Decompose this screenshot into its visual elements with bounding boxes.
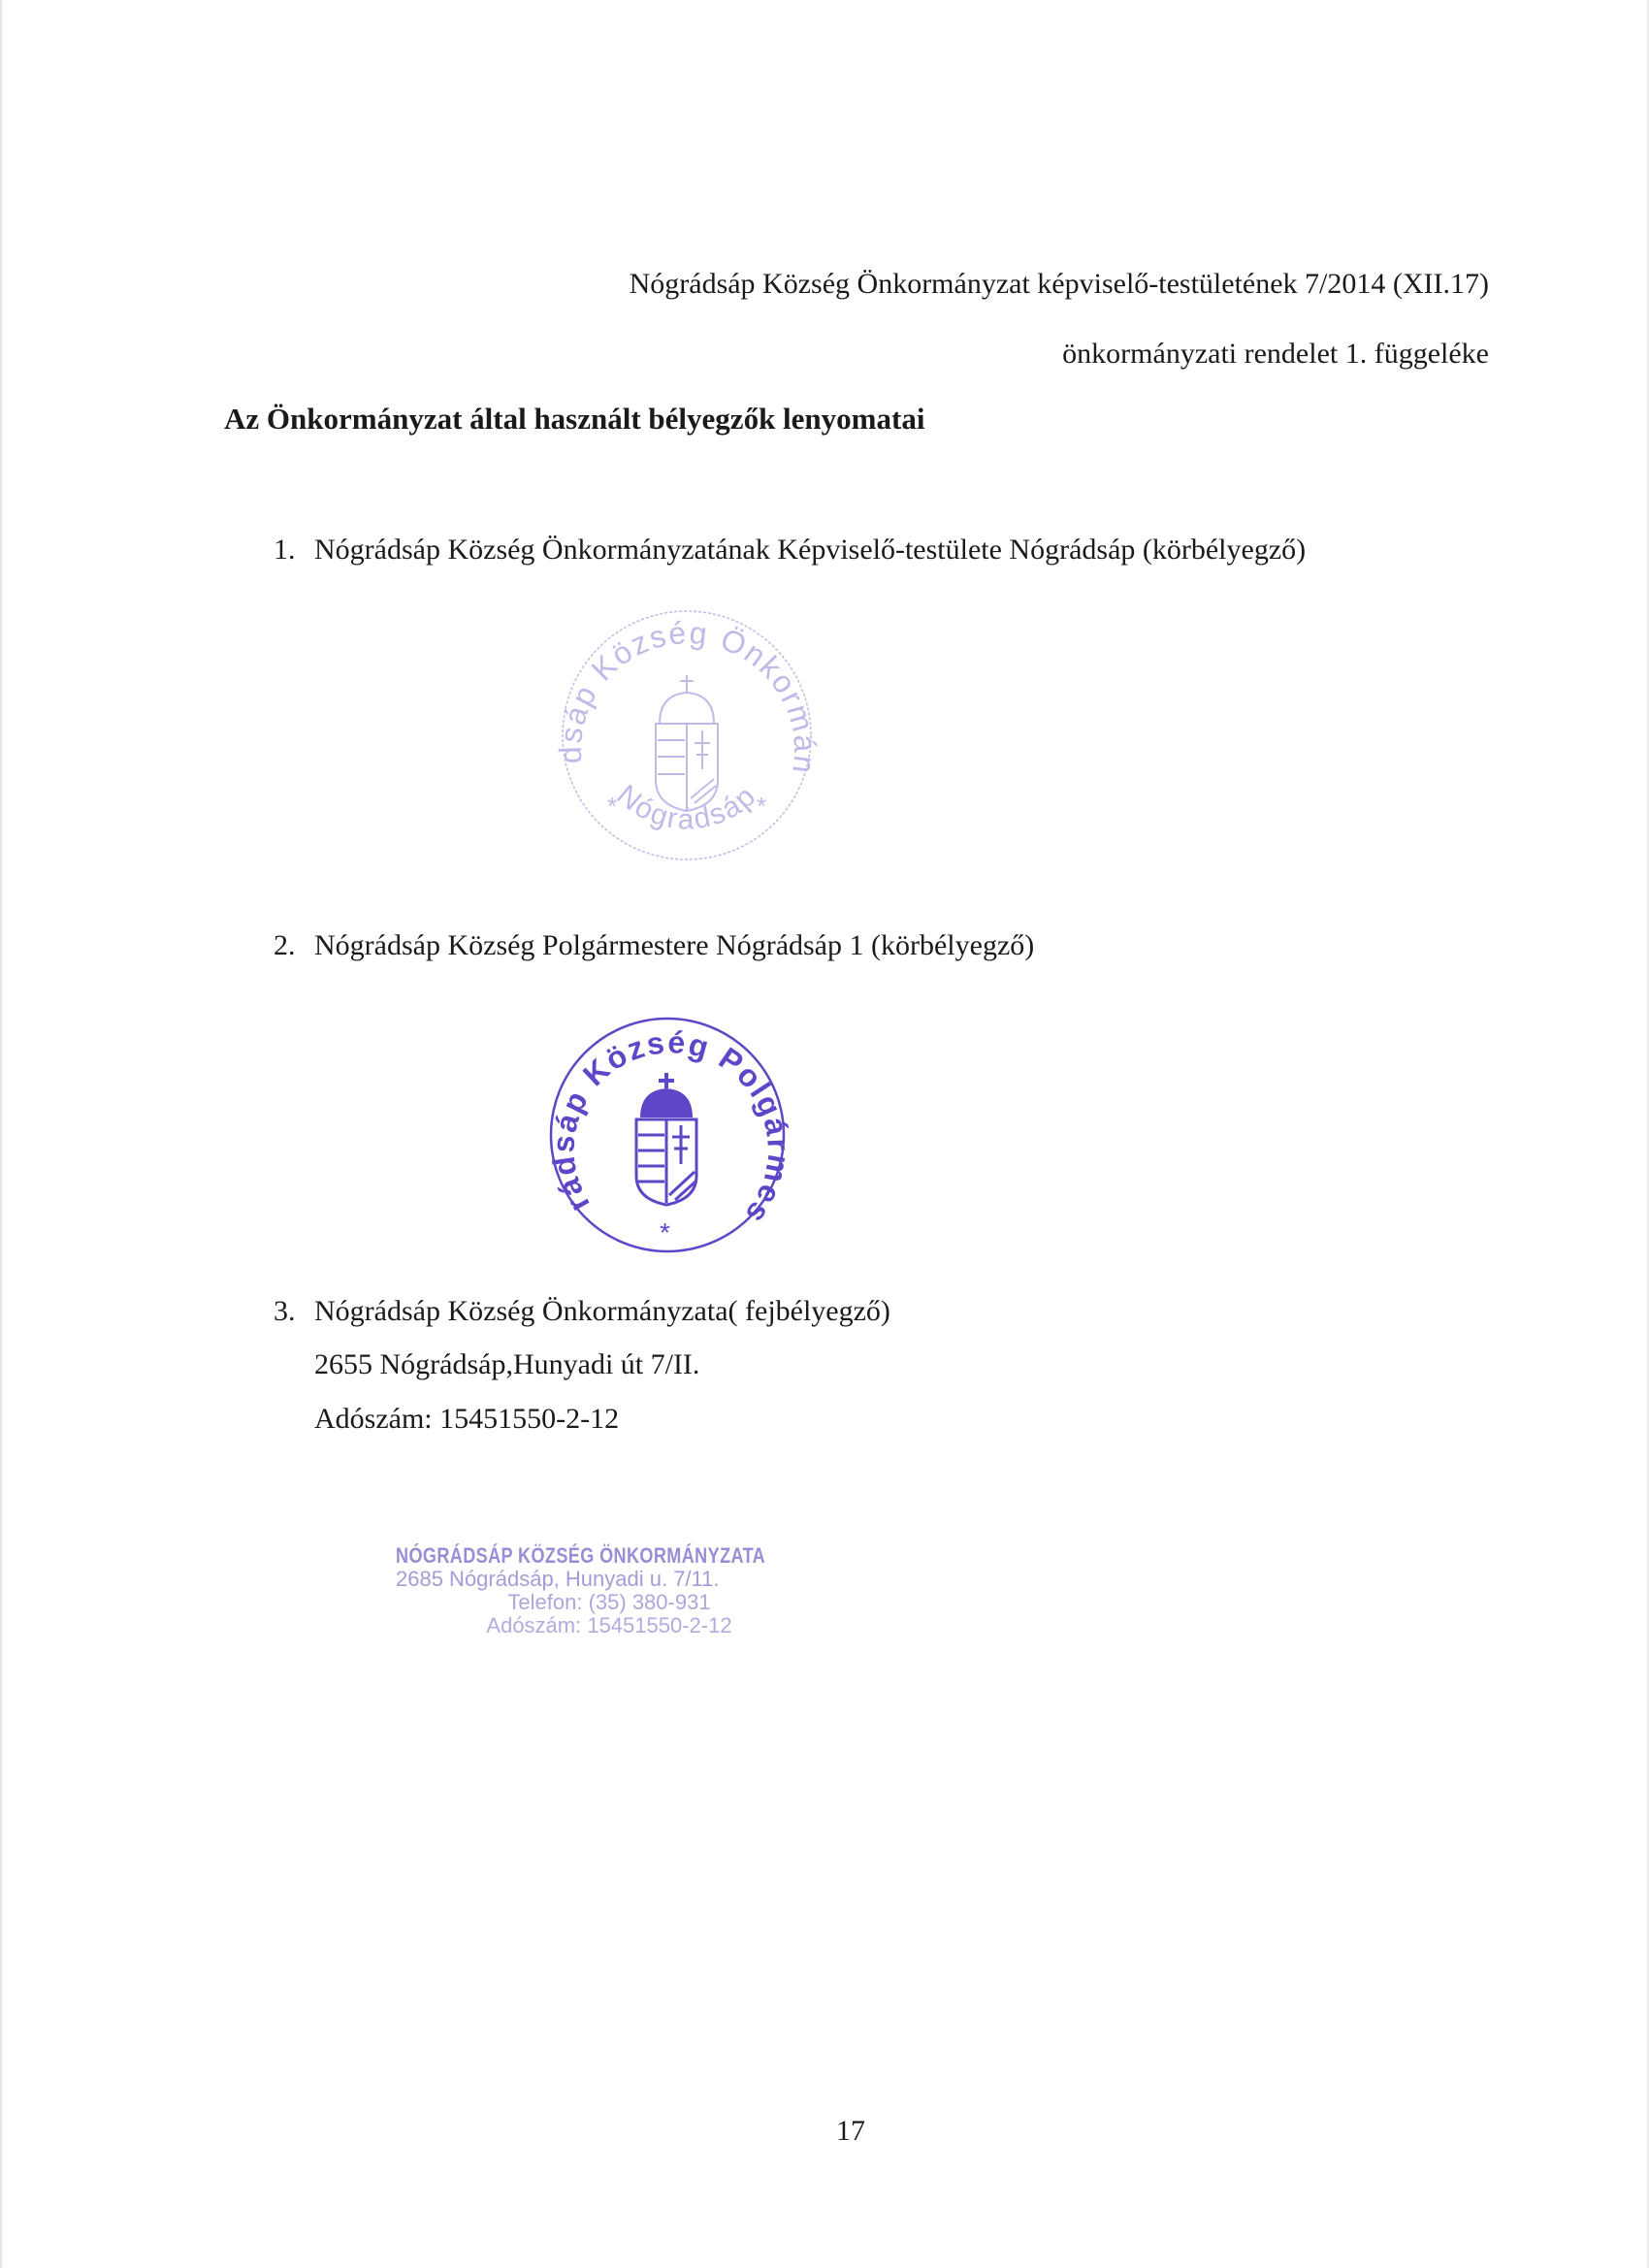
svg-text:*: *: [660, 1217, 670, 1247]
header-appendix-label: önkormányzati rendelet 1. függeléke: [1062, 338, 1489, 371]
item-number: 3.: [274, 1295, 314, 1328]
header-stamp-address: 2685 Nógrádsáp, Hunyadi u. 7/11.: [396, 1568, 823, 1591]
list-item: 1.Nógrádsáp Község Önkormányzatának Képv…: [274, 534, 1306, 567]
header-stamp-tax-number: Adószám: 15451550-2-12: [396, 1614, 823, 1637]
page-number: 17: [836, 2115, 865, 2148]
item-text: Nógrádsáp Község Önkormányzatának Képvis…: [314, 534, 1306, 566]
header-stamp-name: NÓGRÁDSÁP KÖZSÉG ÖNKORMÁNYZATA: [396, 1544, 746, 1568]
document-title: Az Önkormányzat által használt bélyegzők…: [224, 402, 924, 437]
header-stamp-phone: Telefon: (35) 380-931: [396, 1591, 823, 1614]
stamp-seal-icon: Nógrádsáp Község Polgármestere *: [532, 1009, 813, 1261]
svg-text:*: *: [757, 792, 766, 821]
list-item: 3.Nógrádsáp Község Önkormányzata( fejbél…: [274, 1295, 890, 1328]
tax-number-line: Adószám: 15451550-2-12: [314, 1403, 619, 1436]
item-number: 2.: [274, 929, 314, 962]
item-text: Nógrádsáp Község Önkormányzata( fejbélye…: [314, 1295, 890, 1327]
round-stamp-council: Nógrádsáp Község Önkormányzata Nógrádsáp…: [532, 599, 842, 871]
stamp-seal-icon: Nógrádsáp Község Önkormányzata Nógrádsáp…: [532, 599, 842, 871]
header-regulation-title: Nógrádsáp Község Önkormányzat képviselő-…: [630, 268, 1489, 301]
header-stamp: NÓGRÁDSÁP KÖZSÉG ÖNKORMÁNYZATA 2685 Nógr…: [396, 1544, 823, 1637]
svg-text:Nógrádsáp Község Önkormányzata: Nógrádsáp Község Önkormányzata: [532, 599, 823, 777]
item-text: Nógrádsáp Község Polgármestere Nógrádsáp…: [314, 929, 1034, 961]
address-line: 2655 Nógrádsáp,Hunyadi út 7/II.: [314, 1348, 699, 1381]
list-item: 2.Nógrádsáp Község Polgármestere Nógráds…: [274, 929, 1034, 962]
round-stamp-mayor: Nógrádsáp Község Polgármestere *: [532, 1009, 813, 1261]
page-edge: [0, 0, 2, 2268]
svg-text:*: *: [607, 792, 617, 821]
item-number: 1.: [274, 534, 314, 567]
